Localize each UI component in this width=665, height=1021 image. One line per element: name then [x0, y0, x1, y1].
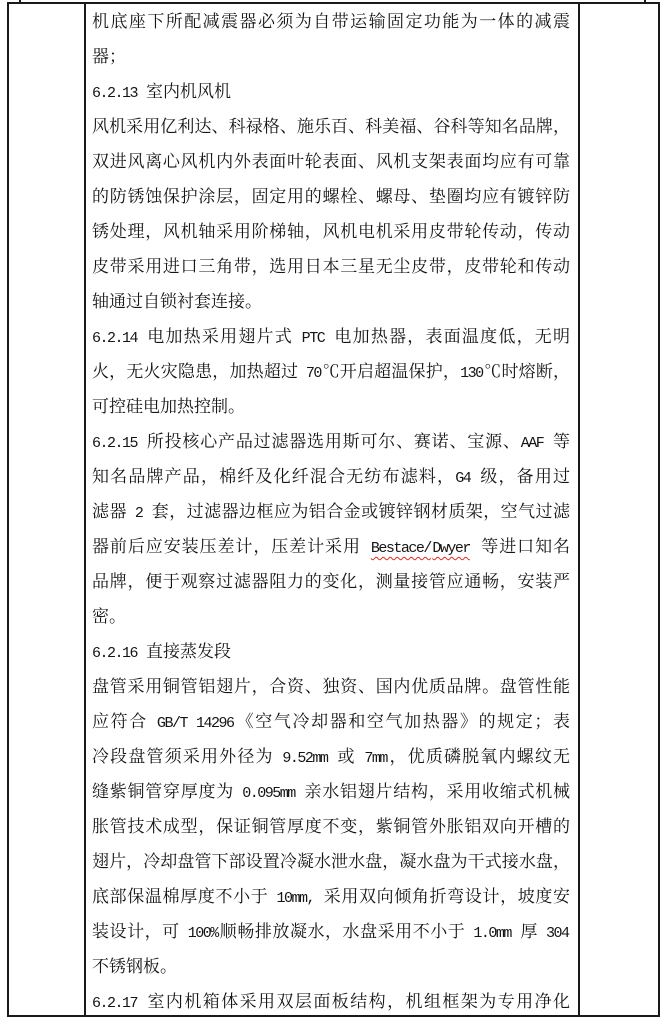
text-line: 盘管采用铜管铝翅片，合资、独资、国内优质品牌。盘管性能 — [92, 669, 570, 704]
text-line: 密。 — [92, 599, 570, 634]
text-line: 双进风离心风机内外表面叶轮表面、风机支架表面均应有可靠 — [92, 144, 570, 179]
document-page: 机底座下所配减震器必须为自带运输固定功能为一体的减震器；6.2.13 室内机风机… — [0, 0, 665, 1021]
text-line: 冷段盘管须采用外径为 9.52mm 或 7mm，优质磷脱氧内螺纹无 — [92, 739, 570, 774]
text-line: 6.2.16 直接蒸发段 — [92, 634, 570, 669]
text-line: 火，无火灾隐患，加热超过 70℃开启超温保护，130℃时熔断， — [92, 354, 570, 389]
text-line: 6.2.15 所投核心产品过滤器选用斯可尔、赛诺、宝源、AAF 等 — [92, 424, 570, 459]
text-line: 的防锈蚀保护涂层，固定用的螺栓、螺母、垫圈均应有镀锌防 — [92, 179, 570, 214]
text-line: 装设计，可 100%顺畅排放凝水，水盘采用不小于 1.0mm 厚 304 — [92, 914, 570, 949]
text-line: 可控硅电加热控制。 — [92, 389, 570, 424]
text-line: 缝紫铜管穿厚度为 0.095mm 亲水铝翅片结构，采用收缩式机械 — [92, 774, 570, 809]
text-line: 机底座下所配减震器必须为自带运输固定功能为一体的减震 — [92, 4, 570, 39]
text-line: 品牌，便于观察过滤器阻力的变化，测量接管应通畅，安装严 — [92, 564, 570, 599]
text-line: 皮带采用进口三角带，选用日本三星无尘皮带，皮带轮和传动 — [92, 249, 570, 284]
text-line: 轴通过自锁衬套连接。 — [92, 284, 570, 319]
text-line: 滤器 2 套，过滤器边框应为铝合金或镀锌钢材质架，空气过滤 — [92, 494, 570, 529]
text-line: 底部保温棉厚度不小于 10mm, 采用双向倾角折弯设计，坡度安 — [92, 879, 570, 914]
text-line: 器前后应安装压差计，压差计采用 Bestace/Dwyer 等进口知名 — [92, 529, 570, 564]
text-line: 应符合 GB/T 14296《空气冷却器和空气加热器》的规定；表 — [92, 704, 570, 739]
text-line: 风机采用亿利达、科禄格、施乐百、科美福、谷科等知名品牌， — [92, 109, 570, 144]
text-line: 翅片，冷却盘管下部设置冷凝水泄水盘，凝水盘为干式接水盘， — [92, 844, 570, 879]
text-line: 器； — [92, 39, 570, 74]
text-line: 6.2.14 电加热采用翅片式 PTC 电加热器，表面温度低，无明 — [92, 319, 570, 354]
text-line: 胀管技术成型，保证铜管厚度不变，紫铜管外胀铝双向开槽的 — [92, 809, 570, 844]
text-line: 锈处理，风机轴采用阶梯轴，风机电机采用皮带轮传动，传动 — [92, 214, 570, 249]
text-line: 知名品牌产品，棉纤及化纤混合无纺布滤料，G4 级，备用过 — [92, 459, 570, 494]
text-line: 6.2.17 室内机箱体采用双层面板结构，机组框架为专用净化 — [92, 984, 570, 1019]
table-column-divider-right — [578, 2, 580, 1017]
table-cell-spec-text: 机底座下所配减震器必须为自带运输固定功能为一体的减震器；6.2.13 室内机风机… — [86, 4, 578, 1019]
text-line: 6.2.13 室内机风机 — [92, 74, 570, 109]
text-line: 不锈钢板。 — [92, 949, 570, 984]
text-lines: 机底座下所配减震器必须为自带运输固定功能为一体的减震器；6.2.13 室内机风机… — [92, 4, 570, 1019]
